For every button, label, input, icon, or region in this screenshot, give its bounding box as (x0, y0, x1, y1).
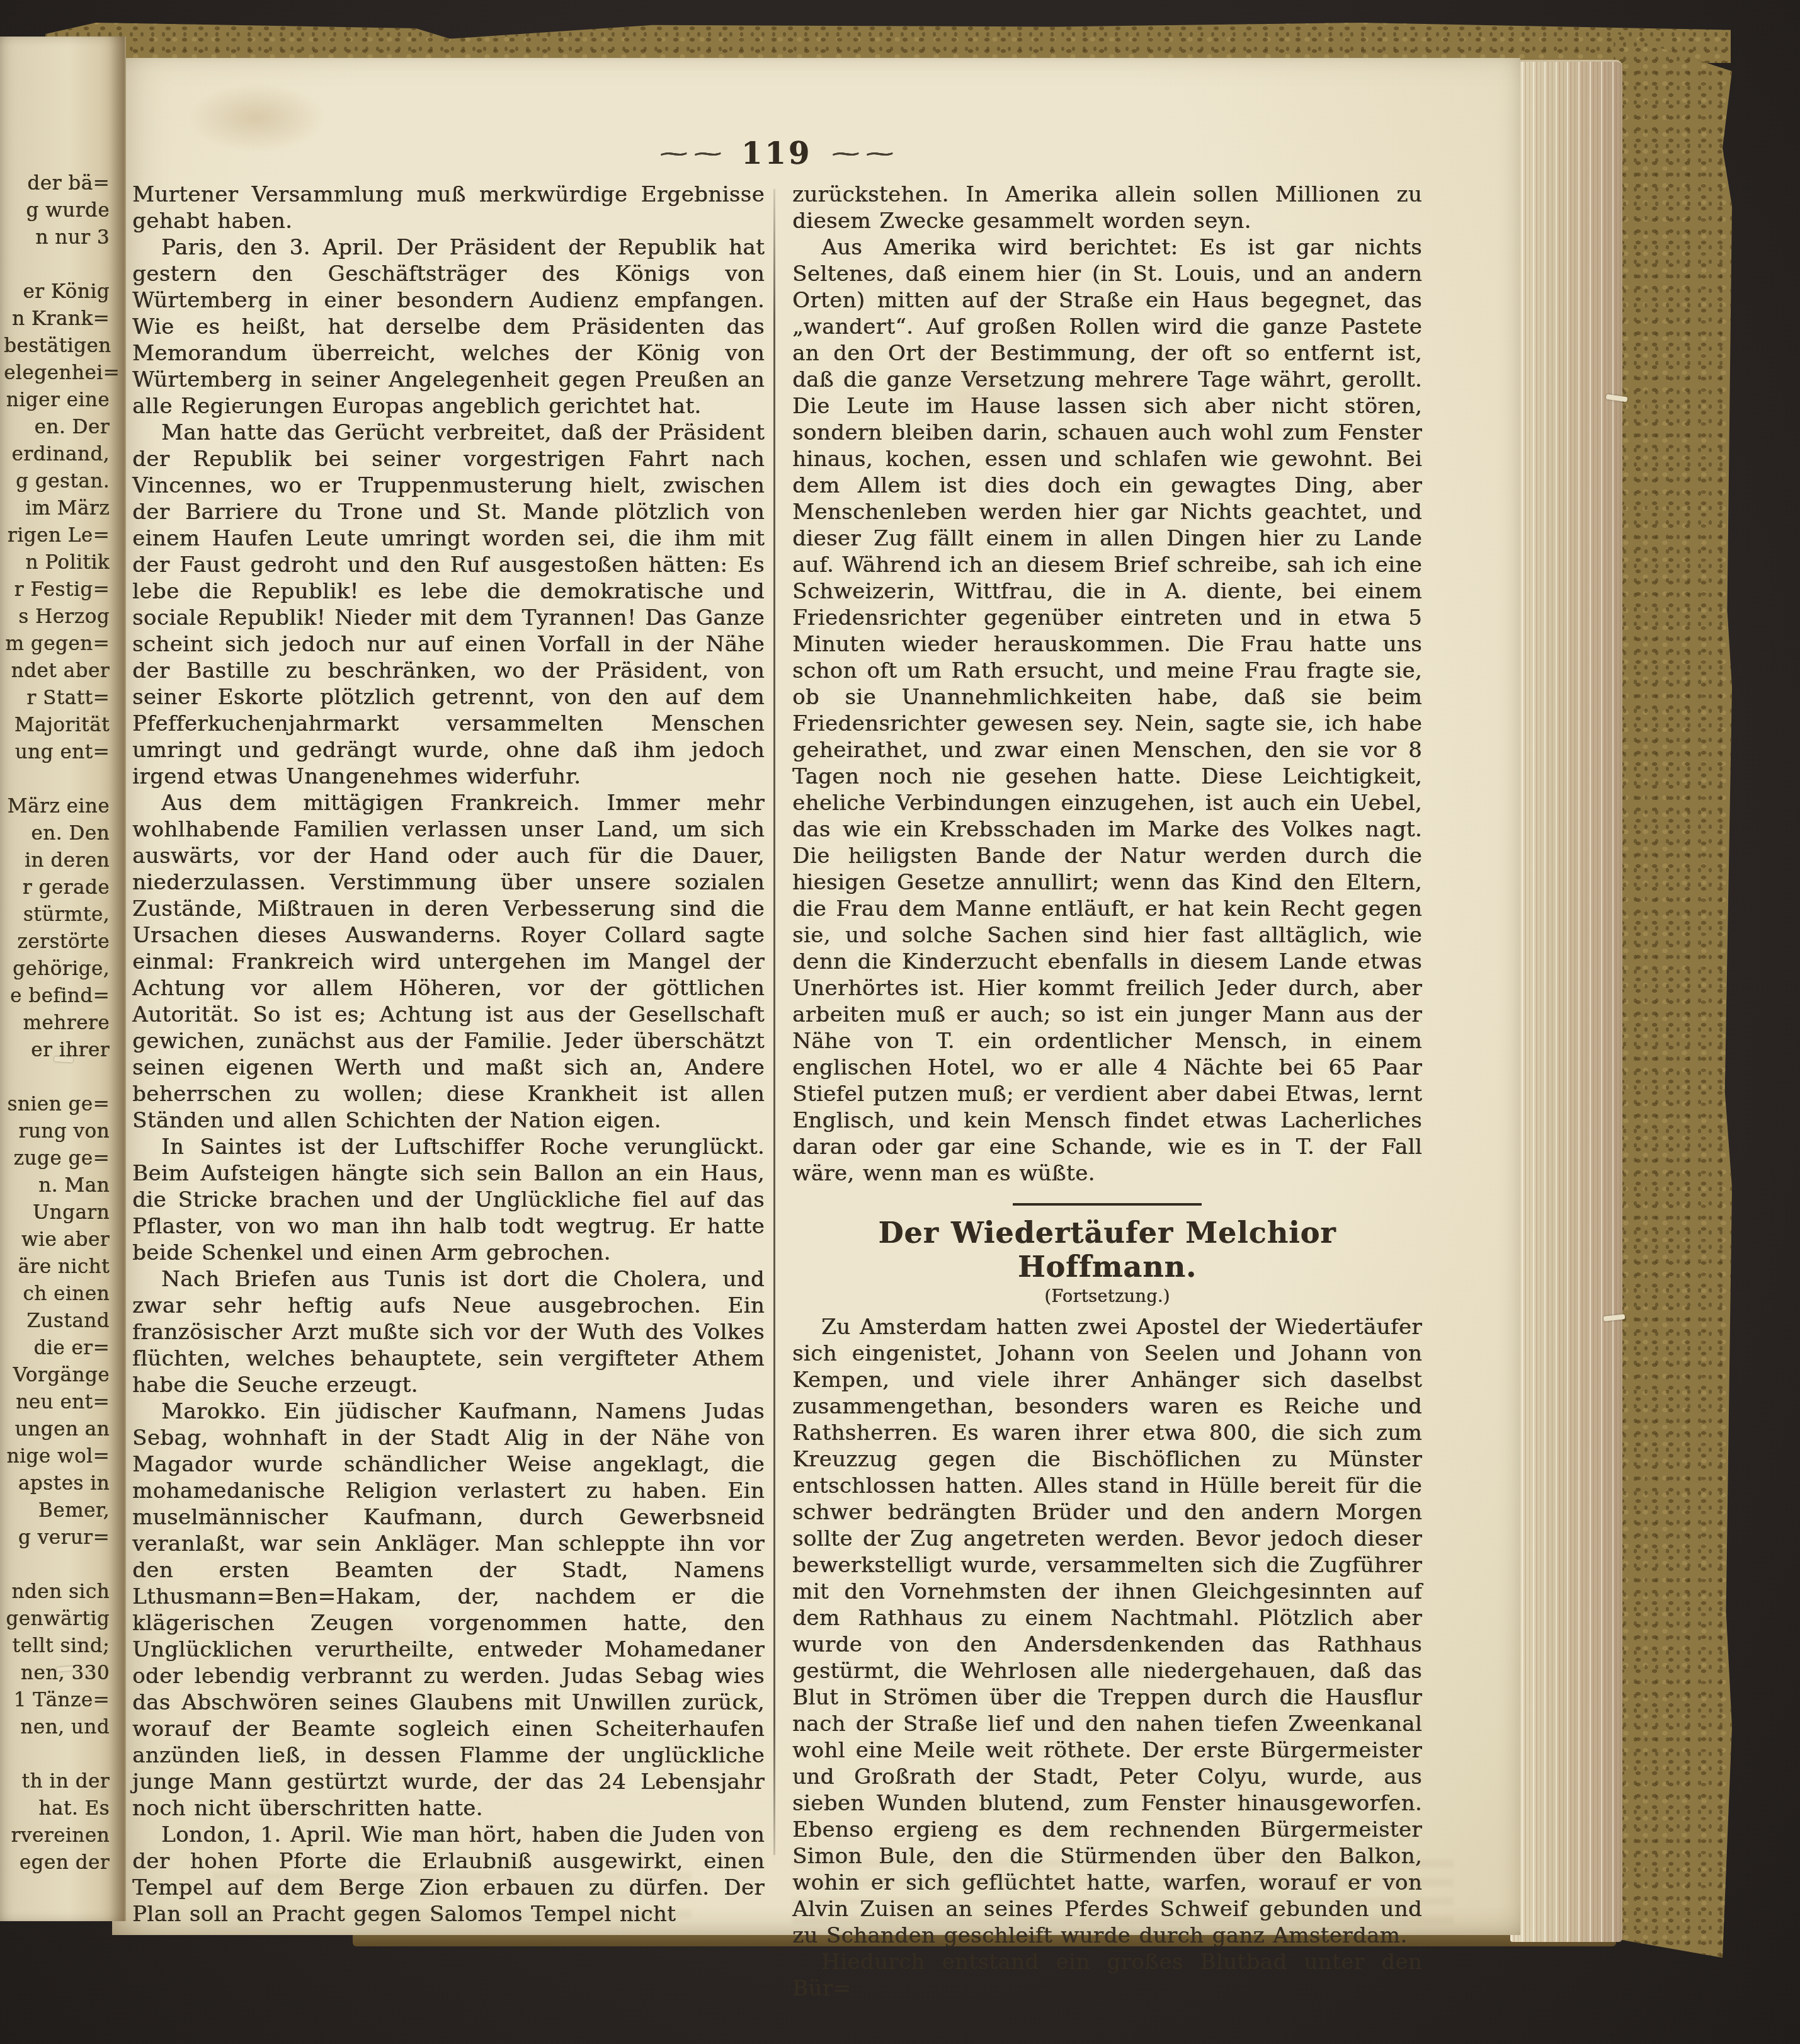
header-flourish-right: ~~ (829, 144, 897, 163)
page-header: ~~ 119 ~~ (132, 127, 1421, 180)
paragraph: Nach Briefen aus Tunis ist dort die Chol… (132, 1266, 765, 1398)
paragraph: zurückstehen. In Amerika allein sollen M… (792, 181, 1422, 234)
paragraph: Hiedurch entstand ein großes Blutbad unt… (792, 1949, 1422, 2002)
section-divider-rule (1013, 1203, 1202, 1206)
page-number: 119 (741, 136, 812, 171)
paragraph: Aus Amerika wird berichtet: Es ist gar n… (792, 234, 1422, 1187)
paragraph: London, 1. April. Wie man hört, haben di… (132, 1822, 765, 1927)
paragraph: Marokko. Ein jüdischer Kaufmann, Namens … (132, 1398, 765, 1822)
paragraph: Paris, den 3. April. Der Präsident der R… (132, 234, 765, 420)
previous-page-text-fragments: der bä= g wurde n nur 3 er König n Krank… (4, 170, 110, 1876)
article-subtitle: (Fortsetzung.) (792, 1286, 1422, 1308)
right-column: zurückstehen. In Amerika allein sollen M… (792, 181, 1422, 2002)
header-flourish-left: ~~ (656, 144, 724, 163)
article-title: Der Wiedertäufer Melchior Hoffmann. (792, 1216, 1422, 1284)
page-stack-fore-edge (1510, 60, 1622, 1942)
book-cover-top-edge (45, 23, 1731, 63)
paragraph: In Saintes ist der Luftschiffer Roche ve… (132, 1134, 765, 1266)
previous-page-edge: der bä= g wurde n nur 3 er König n Krank… (0, 37, 126, 1921)
right-column-news: zurückstehen. In Amerika allein sollen M… (792, 181, 1422, 1187)
paragraph: Man hatte das Gerücht verbreitet, daß de… (132, 420, 765, 790)
book-scan: ~~ 119 ~~ Murtener Versammlung muß merkw… (0, 0, 1800, 2044)
article-body: Zu Amsterdam hatten zwei Apostel der Wie… (792, 1314, 1422, 2002)
paragraph: Zu Amsterdam hatten zwei Apostel der Wie… (792, 1314, 1422, 1949)
book-cover-right-edge (1614, 33, 1732, 1958)
column-divider-rule (773, 189, 775, 1855)
paragraph: Murtener Versammlung muß merkwürdige Erg… (132, 181, 765, 234)
left-column: Murtener Versammlung muß merkwürdige Erg… (132, 181, 765, 1927)
paragraph: Aus dem mittägigen Frankreich. Immer meh… (132, 790, 765, 1134)
